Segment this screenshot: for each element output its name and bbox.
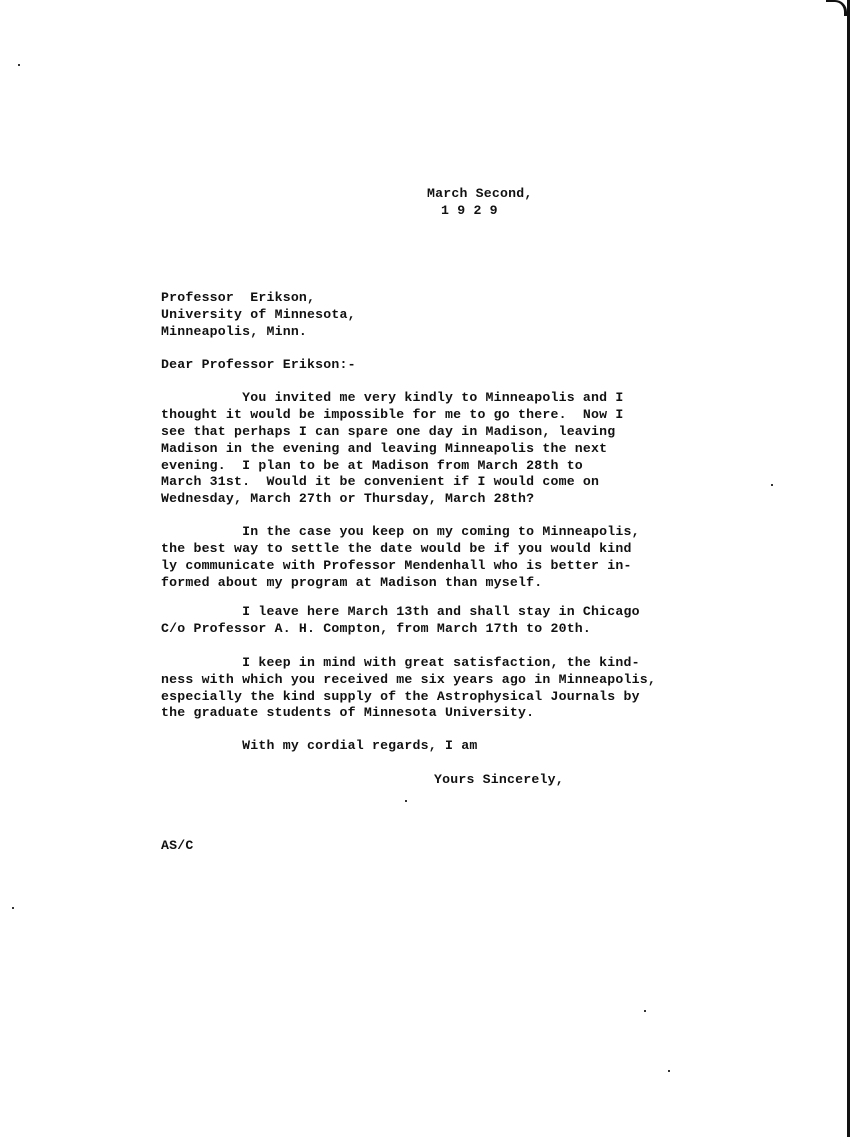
speck bbox=[668, 1070, 670, 1072]
date-year: 1 9 2 9 bbox=[441, 203, 498, 220]
text-line: March 31st. Would it be convenient if I … bbox=[161, 474, 599, 491]
speck bbox=[644, 1010, 646, 1012]
speck bbox=[18, 64, 20, 66]
speck bbox=[12, 907, 14, 909]
text-line: the best way to settle the date would be… bbox=[161, 541, 632, 558]
address-line: University of Minnesota, bbox=[161, 307, 356, 324]
address-line: Minneapolis, Minn. bbox=[161, 324, 307, 341]
speck bbox=[405, 800, 407, 802]
text-line: ness with which you received me six year… bbox=[161, 672, 656, 689]
text-line: C/o Professor A. H. Compton, from March … bbox=[161, 621, 591, 638]
text-line: I keep in mind with great satisfaction, … bbox=[161, 655, 640, 672]
text-line: You invited me very kindly to Minneapoli… bbox=[161, 390, 624, 407]
text-line: Madison in the evening and leaving Minne… bbox=[161, 441, 607, 458]
text-line: evening. I plan to be at Madison from Ma… bbox=[161, 458, 583, 475]
text-line: see that perhaps I can spare one day in … bbox=[161, 424, 615, 441]
text-line: I leave here March 13th and shall stay i… bbox=[161, 604, 640, 621]
text-line: the graduate students of Minnesota Unive… bbox=[161, 705, 534, 722]
text-line: thought it would be impossible for me to… bbox=[161, 407, 624, 424]
salutation: Dear Professor Erikson:- bbox=[161, 357, 356, 374]
date-line: March Second, bbox=[427, 186, 532, 203]
text-line: especially the kind supply of the Astrop… bbox=[161, 689, 640, 706]
address-line: Professor Erikson, bbox=[161, 290, 315, 307]
signoff: Yours Sincerely, bbox=[434, 772, 564, 789]
text-line: ly communicate with Professor Mendenhall… bbox=[161, 558, 632, 575]
typist-initials: AS/C bbox=[161, 838, 193, 855]
text-line: formed about my program at Madison than … bbox=[161, 575, 542, 592]
page-corner-fold bbox=[826, 0, 847, 16]
speck bbox=[771, 484, 773, 486]
text-line: Wednesday, March 27th or Thursday, March… bbox=[161, 491, 534, 508]
text-line: In the case you keep on my coming to Min… bbox=[161, 524, 640, 541]
closing-line: With my cordial regards, I am bbox=[161, 738, 477, 755]
